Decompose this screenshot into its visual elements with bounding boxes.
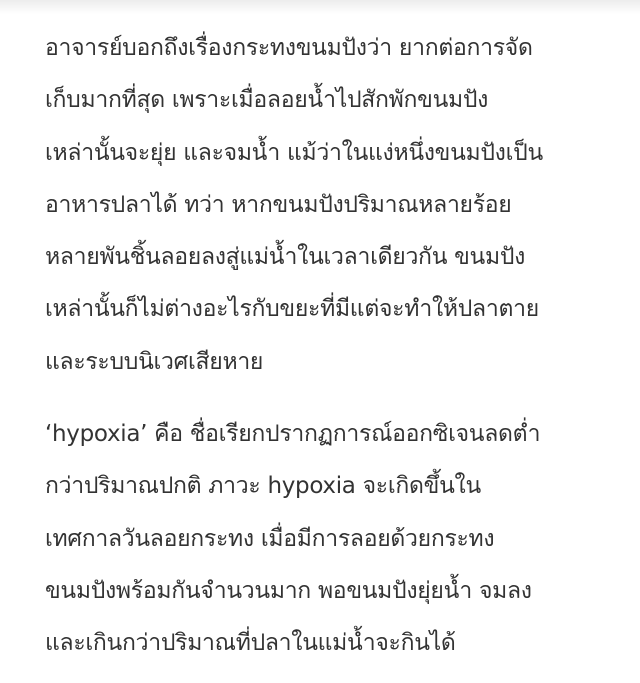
text-line: หลายพันชิ้นลอยลงสู่แม่น้ำในเวลาเดียวกัน …: [45, 231, 635, 283]
text-line: เก็บมากที่สุด เพราะเมื่อลอยน้ำไปสักพักขน…: [45, 74, 635, 126]
text-line: เหล่านั้นก็ไม่ต่างอะไรกับขยะที่มีแต่จะทำ…: [45, 283, 635, 335]
text-line: เทศกาลวันลอยกระทง เมื่อมีการลอยด้วยกระทง: [45, 513, 635, 565]
text-line: เหล่านั้นจะยุ่ย และจมน้ำ แม้ว่าในแง่หนึ่…: [45, 127, 635, 179]
text-line: และระบบนิเวศเสียหาย: [45, 336, 635, 388]
text-line: กว่าปริมาณปกติ ภาวะ hypoxia จะเกิดขึ้นใน: [45, 460, 635, 512]
top-shadow: [0, 0, 640, 14]
text-line: อาจารย์บอกถึงเรื่องกระทงขนมปังว่า ยากต่อ…: [45, 22, 635, 74]
text-line: และเกินกว่าปริมาณที่ปลาในแม่น้ำจะกินได้: [45, 617, 635, 669]
paragraph-hypoxia: ‘hypoxia’ คือ ชื่อเรียกปรากฏการณ์ออกซิเจ…: [45, 408, 635, 669]
text-line: ‘hypoxia’ คือ ชื่อเรียกปรากฏการณ์ออกซิเจ…: [45, 408, 635, 460]
text-line: ขนมปังพร้อมกันจำนวนมาก พอขนมปังยุ่ยน้ำ จ…: [45, 565, 635, 617]
paragraph-loy-krathong-bread: อาจารย์บอกถึงเรื่องกระทงขนมปังว่า ยากต่อ…: [45, 22, 635, 388]
article-body: อาจารย์บอกถึงเรื่องกระทงขนมปังว่า ยากต่อ…: [45, 22, 635, 683]
text-line: อาหารปลาได้ ทว่า หากขนมปังปริมาณหลายร้อย: [45, 179, 635, 231]
